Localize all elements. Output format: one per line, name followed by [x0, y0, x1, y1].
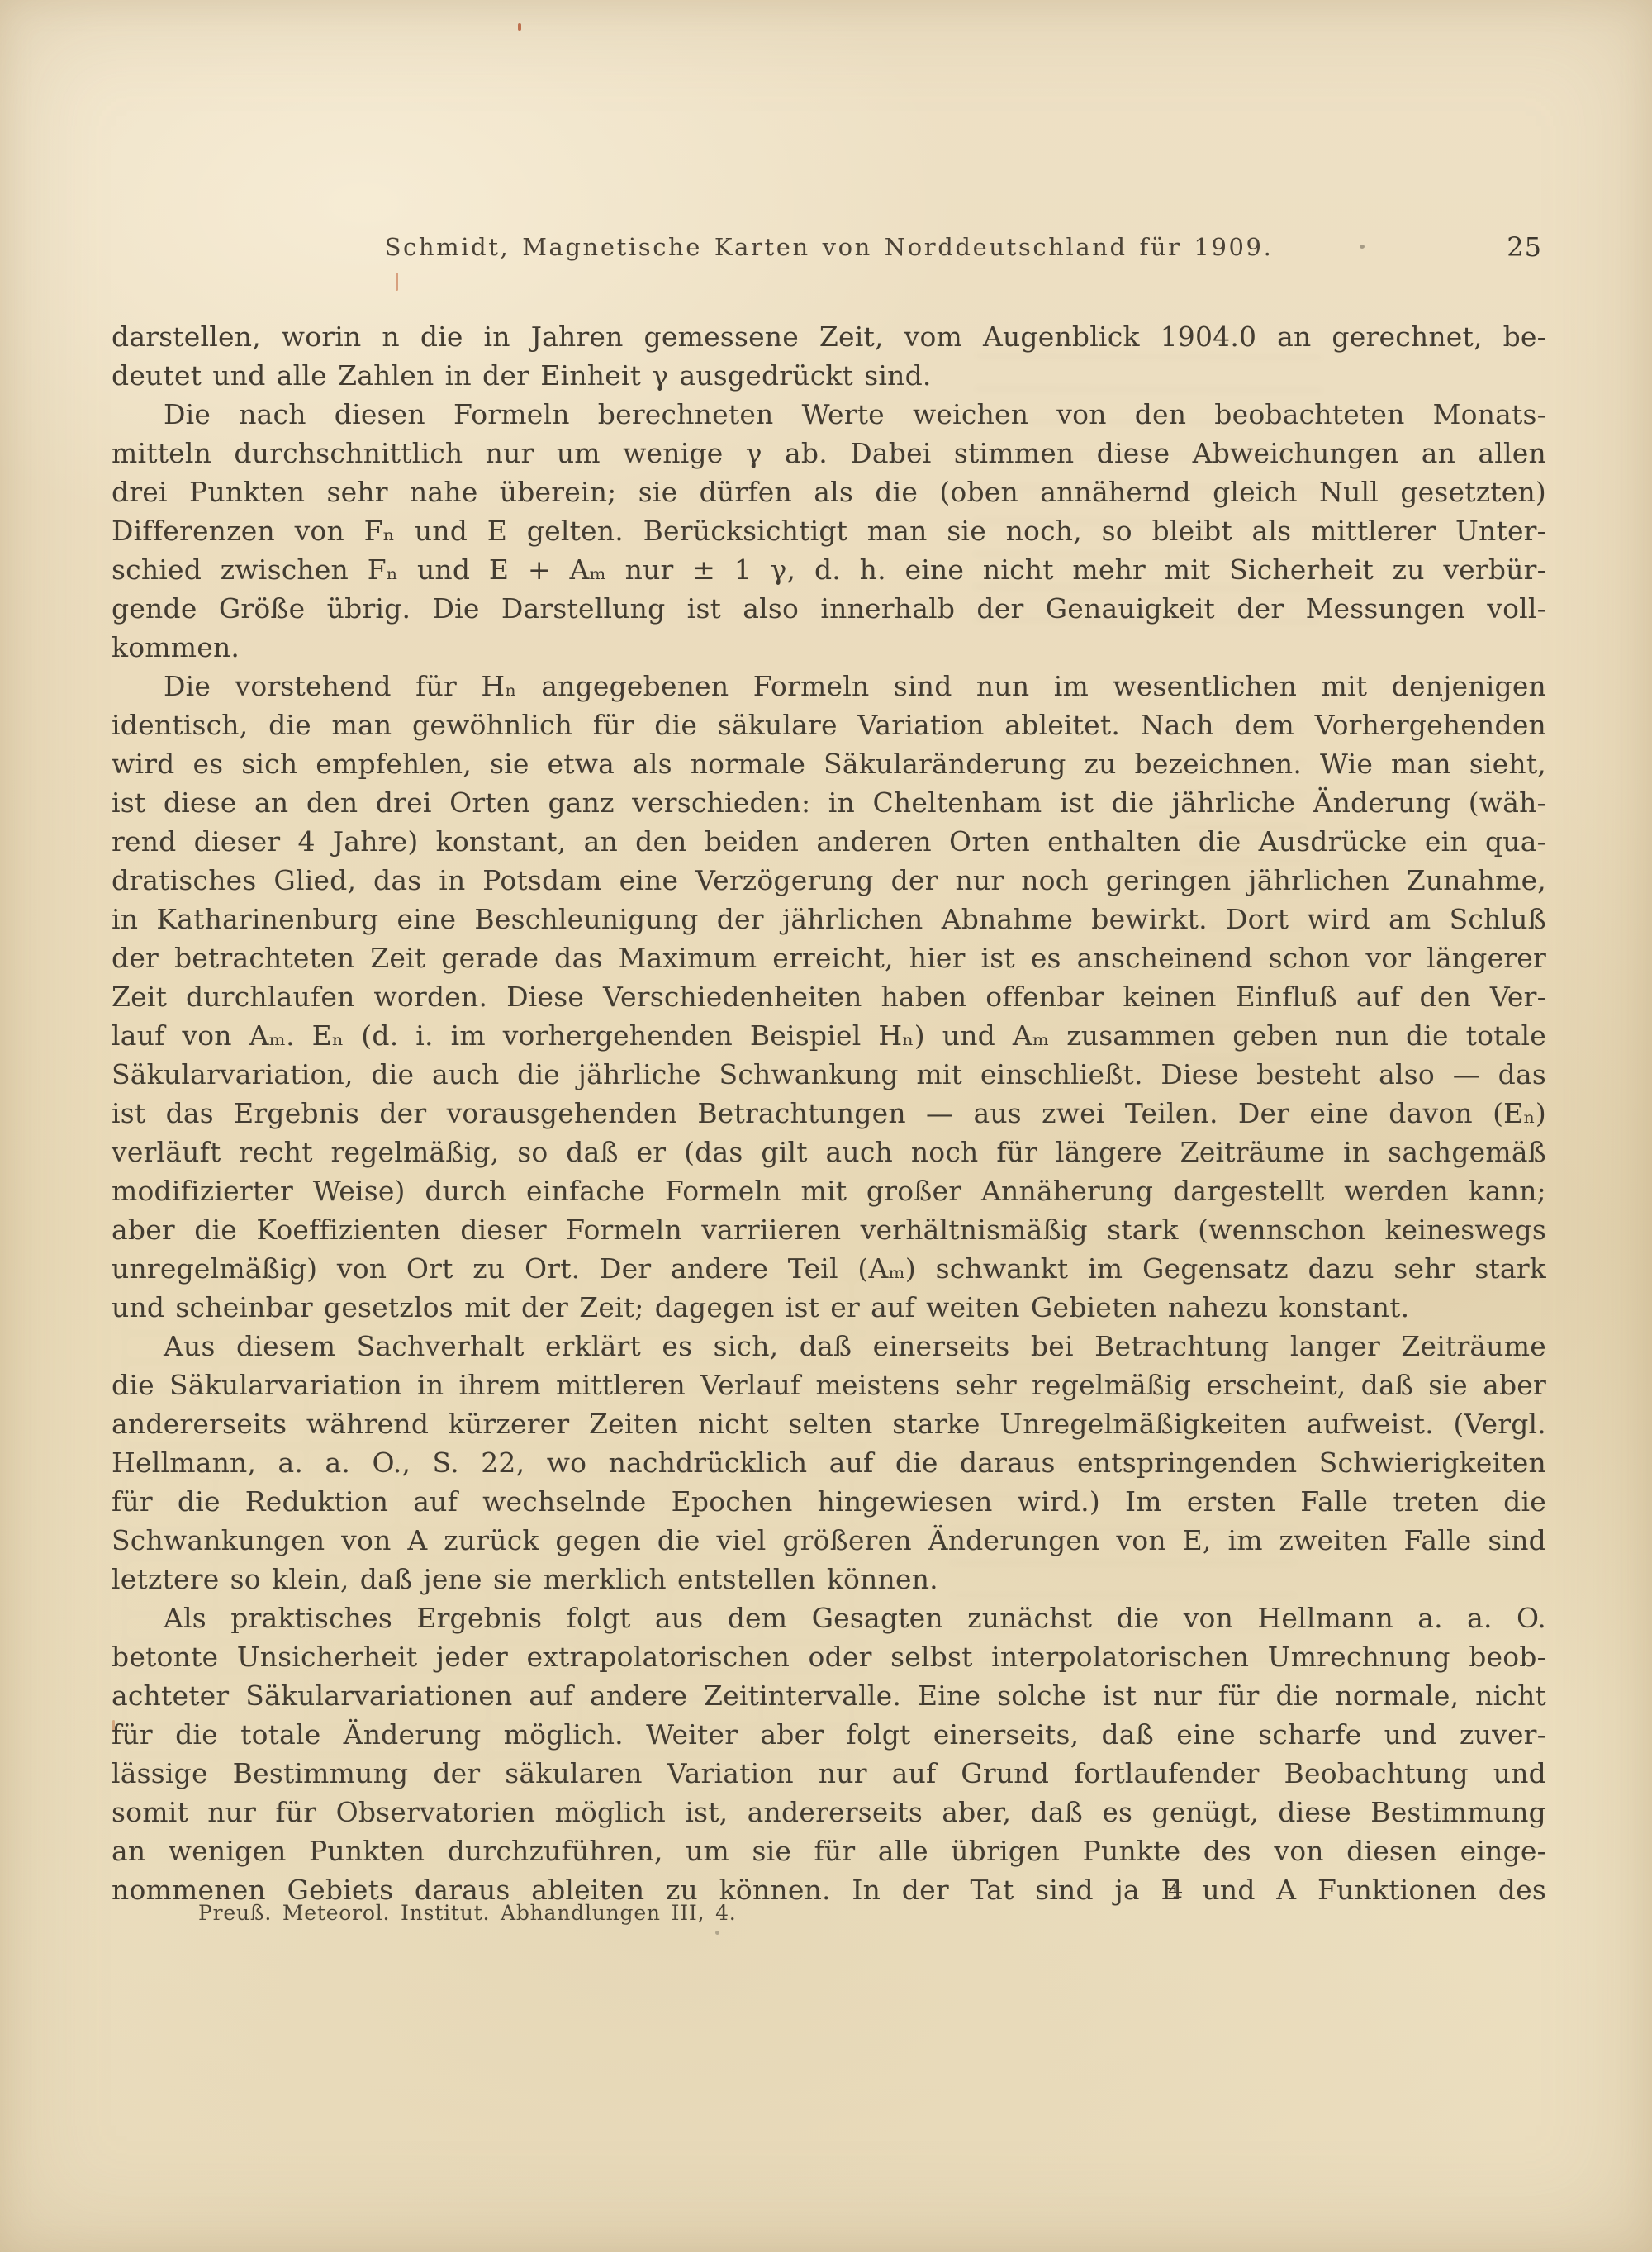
- text-line: aber die Koeffizienten dieser Formeln va…: [112, 1210, 1546, 1249]
- text-line: deutet und alle Zahlen in der Einheit γ …: [112, 356, 1546, 395]
- text-line: lässige Bestimmung der säkularen Variati…: [112, 1754, 1546, 1793]
- text-line: für die Reduktion auf wechselnde Epochen…: [112, 1482, 1546, 1521]
- text-line: achteter Säkularvariationen auf andere Z…: [112, 1676, 1546, 1715]
- text-line: wird es sich empfehlen, sie etwa als nor…: [112, 744, 1546, 783]
- text-line: Hellmann, a. a. O., S. 22, wo nachdrückl…: [112, 1443, 1546, 1482]
- text-line: dratisches Glied, das in Potsdam eine Ve…: [112, 861, 1546, 900]
- text-line: Aus diesem Sachverhalt erklärt es sich, …: [112, 1327, 1546, 1366]
- text-line: unregelmäßig) von Ort zu Ort. Der andere…: [112, 1249, 1546, 1288]
- text-line: lauf von Aₘ. Eₙ (d. i. im vorhergehenden…: [112, 1016, 1546, 1055]
- text-line: und scheinbar gesetzlos mit der Zeit; da…: [112, 1288, 1546, 1327]
- text-line: der betrachteten Zeit gerade das Maximum…: [112, 938, 1546, 977]
- paragraph: Als praktisches Ergebnis folgt aus dem G…: [112, 1599, 1546, 1909]
- text-line: Zeit durchlaufen worden. Diese Verschied…: [112, 977, 1546, 1016]
- footer-imprint: Preuß. Meteorol. Institut. Abhandlungen …: [198, 1901, 737, 1925]
- text-line: identisch, die man gewöhnlich für die sä…: [112, 706, 1546, 744]
- text-line: schied zwischen Fₙ und E + Aₘ nur ± 1 γ,…: [112, 550, 1546, 589]
- running-head: Schmidt, Magnetische Karten von Norddeut…: [112, 233, 1546, 268]
- text-line: an wenigen Punkten durchzuführen, um sie…: [112, 1832, 1546, 1870]
- body-text: darstellen, worin n die in Jahren gemess…: [112, 317, 1546, 1909]
- scanned-page: Schmidt, Magnetische Karten von Norddeut…: [0, 0, 1652, 2252]
- text-line: Die nach diesen Formeln berechneten Wert…: [112, 395, 1546, 434]
- text-line: betonte Unsicherheit jeder extrapolatori…: [112, 1637, 1546, 1676]
- paragraph: Die vorstehend für Hₙ angegebenen Formel…: [112, 667, 1546, 1327]
- text-line: andererseits während kürzerer Zeiten nic…: [112, 1404, 1546, 1443]
- text-line: gende Größe übrig. Die Darstellung ist a…: [112, 589, 1546, 628]
- paragraph: darstellen, worin n die in Jahren gemess…: [112, 317, 1546, 395]
- text-line: verläuft recht regelmäßig, so daß er (da…: [112, 1133, 1546, 1171]
- text-line: letztere so klein, daß jene sie merklich…: [112, 1560, 1546, 1599]
- text-line: somit nur für Observatorien möglich ist,…: [112, 1793, 1546, 1832]
- signature-mark: 4: [1168, 1875, 1183, 1903]
- text-line: ist diese an den drei Orten ganz verschi…: [112, 783, 1546, 822]
- running-head-title: Schmidt, Magnetische Karten von Norddeut…: [112, 233, 1546, 261]
- text-line: modifizierter Weise) durch einfache Form…: [112, 1171, 1546, 1210]
- text-line: in Katharinenburg eine Beschleunigung de…: [112, 900, 1546, 938]
- text-line: für die totale Änderung möglich. Weiter …: [112, 1715, 1546, 1754]
- text-line: Säkularvariation, die auch die jährliche…: [112, 1055, 1546, 1094]
- text-line: kommen.: [112, 628, 1546, 667]
- paper-speck: [715, 1931, 719, 1935]
- paper-speck: [518, 23, 521, 31]
- text-line: Differenzen von Fₙ und E gelten. Berücks…: [112, 511, 1546, 550]
- page-number: 25: [1507, 231, 1542, 263]
- text-line: die Säkularvariation in ihrem mittleren …: [112, 1366, 1546, 1404]
- text-line: mitteln durchschnittlich nur um wenige γ…: [112, 434, 1546, 473]
- text-line: rend dieser 4 Jahre) konstant, an den be…: [112, 822, 1546, 861]
- paragraph: Die nach diesen Formeln berechneten Wert…: [112, 395, 1546, 667]
- paragraph: Aus diesem Sachverhalt erklärt es sich, …: [112, 1327, 1546, 1599]
- text-line: ist das Ergebnis der vorausgehenden Betr…: [112, 1094, 1546, 1133]
- text-line: drei Punkten sehr nahe überein; sie dürf…: [112, 473, 1546, 511]
- paper-speck: [396, 273, 398, 291]
- text-line: Schwankungen von A zurück gegen die viel…: [112, 1521, 1546, 1560]
- text-line: Die vorstehend für Hₙ angegebenen Formel…: [112, 667, 1546, 706]
- text-line: darstellen, worin n die in Jahren gemess…: [112, 317, 1546, 356]
- text-line: Als praktisches Ergebnis folgt aus dem G…: [112, 1599, 1546, 1637]
